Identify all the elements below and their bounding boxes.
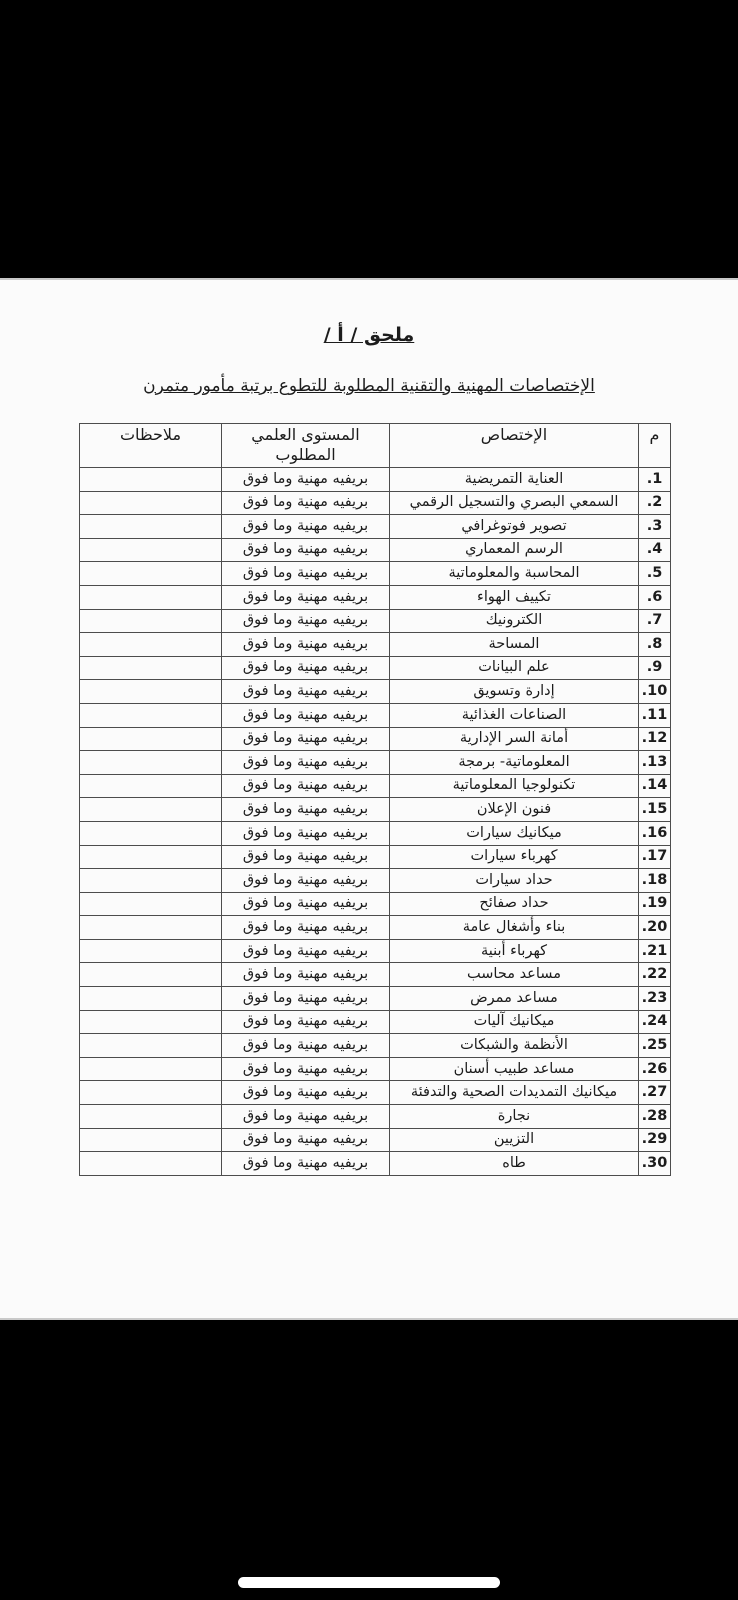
row-level-cell: بريفيه مهنية وما فوق [222, 491, 390, 515]
row-notes-cell [80, 562, 222, 586]
row-notes-cell [80, 798, 222, 822]
row-level-cell: بريفيه مهنية وما فوق [222, 892, 390, 916]
table-row: .7 الكترونيك بريفيه مهنية وما فوق [80, 609, 671, 633]
row-level-cell: بريفيه مهنية وما فوق [222, 869, 390, 893]
row-number-cell: .27 [639, 1081, 671, 1105]
row-number-cell: .13 [639, 751, 671, 775]
row-number-cell: .20 [639, 916, 671, 940]
row-level-cell: بريفيه مهنية وما فوق [222, 1152, 390, 1176]
row-number-cell: .16 [639, 821, 671, 845]
row-number-cell: .5 [639, 562, 671, 586]
row-specialization-cell: طاه [390, 1152, 639, 1176]
row-notes-cell [80, 491, 222, 515]
row-specialization-cell: الصناعات الغذائية [390, 703, 639, 727]
row-specialization-cell: تصوير فوتوغرافي [390, 515, 639, 539]
table-row: .13 المعلوماتية- برمجة بريفيه مهنية وما … [80, 751, 671, 775]
row-number-cell: .9 [639, 656, 671, 680]
row-number-cell: .14 [639, 774, 671, 798]
row-notes-cell [80, 1010, 222, 1034]
table-row: .29 التزيين بريفيه مهنية وما فوق [80, 1128, 671, 1152]
row-number-cell: .19 [639, 892, 671, 916]
row-specialization-cell: المعلوماتية- برمجة [390, 751, 639, 775]
row-notes-cell [80, 1081, 222, 1105]
row-number-cell: .11 [639, 703, 671, 727]
row-specialization-cell: الكترونيك [390, 609, 639, 633]
row-specialization-cell: العناية التمريضية [390, 468, 639, 492]
header-number: م [639, 424, 671, 468]
row-level-cell: بريفيه مهنية وما فوق [222, 821, 390, 845]
row-specialization-cell: كهرباء أبنية [390, 939, 639, 963]
row-specialization-cell: علم البيانات [390, 656, 639, 680]
row-specialization-cell: كهرباء سيارات [390, 845, 639, 869]
table-row: .24 ميكانيك آليات بريفيه مهنية وما فوق [80, 1010, 671, 1034]
row-level-cell: بريفيه مهنية وما فوق [222, 1057, 390, 1081]
row-level-cell: بريفيه مهنية وما فوق [222, 1010, 390, 1034]
row-number-cell: .12 [639, 727, 671, 751]
row-notes-cell [80, 892, 222, 916]
row-number-cell: .4 [639, 538, 671, 562]
row-level-cell: بريفيه مهنية وما فوق [222, 680, 390, 704]
table-row: .6 تكييف الهواء بريفيه مهنية وما فوق [80, 585, 671, 609]
row-notes-cell [80, 468, 222, 492]
row-notes-cell [80, 656, 222, 680]
row-number-cell: .8 [639, 633, 671, 657]
row-number-cell: .3 [639, 515, 671, 539]
row-specialization-cell: الرسم المعماري [390, 538, 639, 562]
row-specialization-cell: السمعي البصري والتسجيل الرقمي [390, 491, 639, 515]
row-level-cell: بريفيه مهنية وما فوق [222, 963, 390, 987]
row-specialization-cell: التزيين [390, 1128, 639, 1152]
table-row: .23 مساعد ممرض بريفيه مهنية وما فوق [80, 987, 671, 1011]
row-level-cell: بريفيه مهنية وما فوق [222, 727, 390, 751]
row-notes-cell [80, 727, 222, 751]
bottom-letterbox-bar [0, 1320, 738, 1600]
row-level-cell: بريفيه مهنية وما فوق [222, 585, 390, 609]
table-row: .19 حداد صفائح بريفيه مهنية وما فوق [80, 892, 671, 916]
row-notes-cell [80, 515, 222, 539]
row-level-cell: بريفيه مهنية وما فوق [222, 515, 390, 539]
table-row: .4 الرسم المعماري بريفيه مهنية وما فوق [80, 538, 671, 562]
table-row: .11 الصناعات الغذائية بريفيه مهنية وما ف… [80, 703, 671, 727]
top-letterbox-bar [0, 0, 738, 280]
row-number-cell: .30 [639, 1152, 671, 1176]
row-level-cell: بريفيه مهنية وما فوق [222, 703, 390, 727]
row-number-cell: .7 [639, 609, 671, 633]
row-number-cell: .15 [639, 798, 671, 822]
table-row: .10 إدارة وتسويق بريفيه مهنية وما فوق [80, 680, 671, 704]
row-notes-cell [80, 585, 222, 609]
row-specialization-cell: تكنولوجيا المعلوماتية [390, 774, 639, 798]
row-specialization-cell: تكييف الهواء [390, 585, 639, 609]
home-indicator[interactable] [238, 1577, 500, 1588]
row-specialization-cell: حداد صفائح [390, 892, 639, 916]
row-specialization-cell: بناء وأشغال عامة [390, 916, 639, 940]
row-level-cell: بريفيه مهنية وما فوق [222, 916, 390, 940]
row-notes-cell [80, 1105, 222, 1129]
row-notes-cell [80, 751, 222, 775]
row-specialization-cell: ميكانيك سيارات [390, 821, 639, 845]
row-notes-cell [80, 1034, 222, 1058]
row-notes-cell [80, 703, 222, 727]
row-notes-cell [80, 821, 222, 845]
row-notes-cell [80, 987, 222, 1011]
row-number-cell: .25 [639, 1034, 671, 1058]
row-level-cell: بريفيه مهنية وما فوق [222, 609, 390, 633]
row-level-cell: بريفيه مهنية وما فوق [222, 633, 390, 657]
table-row: .9 علم البيانات بريفيه مهنية وما فوق [80, 656, 671, 680]
header-required-level-line1: المستوى العلمي [224, 425, 387, 445]
table-row: .14 تكنولوجيا المعلوماتية بريفيه مهنية و… [80, 774, 671, 798]
table-row: .18 حداد سيارات بريفيه مهنية وما فوق [80, 869, 671, 893]
row-specialization-cell: ميكانيك التمديدات الصحية والتدفئة [390, 1081, 639, 1105]
row-specialization-cell: ميكانيك آليات [390, 1010, 639, 1034]
table-row: .5 المحاسبة والمعلوماتية بريفيه مهنية وم… [80, 562, 671, 586]
table-row: .3 تصوير فوتوغرافي بريفيه مهنية وما فوق [80, 515, 671, 539]
row-specialization-cell: المساحة [390, 633, 639, 657]
row-notes-cell [80, 1128, 222, 1152]
row-notes-cell [80, 609, 222, 633]
table-row: .12 أمانة السر الإدارية بريفيه مهنية وما… [80, 727, 671, 751]
table-row: .1 العناية التمريضية بريفيه مهنية وما فو… [80, 468, 671, 492]
row-level-cell: بريفيه مهنية وما فوق [222, 774, 390, 798]
row-notes-cell [80, 1152, 222, 1176]
row-notes-cell [80, 680, 222, 704]
row-level-cell: بريفيه مهنية وما فوق [222, 987, 390, 1011]
row-notes-cell [80, 633, 222, 657]
row-number-cell: .18 [639, 869, 671, 893]
row-notes-cell [80, 916, 222, 940]
table-row: .26 مساعد طبيب أسنان بريفيه مهنية وما فو… [80, 1057, 671, 1081]
row-number-cell: .6 [639, 585, 671, 609]
row-level-cell: بريفيه مهنية وما فوق [222, 468, 390, 492]
table-row: .8 المساحة بريفيه مهنية وما فوق [80, 633, 671, 657]
row-level-cell: بريفيه مهنية وما فوق [222, 1034, 390, 1058]
header-notes: ملاحظات [80, 424, 222, 468]
row-specialization-cell: مساعد ممرض [390, 987, 639, 1011]
phone-screenshot: ملحق / أ / الإختصاصات المهنية والتقنية ا… [0, 0, 738, 1600]
row-number-cell: .10 [639, 680, 671, 704]
row-level-cell: بريفيه مهنية وما فوق [222, 656, 390, 680]
row-specialization-cell: حداد سيارات [390, 869, 639, 893]
table-row: .16 ميكانيك سيارات بريفيه مهنية وما فوق [80, 821, 671, 845]
table-row: .30 طاه بريفيه مهنية وما فوق [80, 1152, 671, 1176]
table-row: .20 بناء وأشغال عامة بريفيه مهنية وما فو… [80, 916, 671, 940]
row-number-cell: .29 [639, 1128, 671, 1152]
row-level-cell: بريفيه مهنية وما فوق [222, 798, 390, 822]
table-row: .15 فنون الإعلان بريفيه مهنية وما فوق [80, 798, 671, 822]
row-notes-cell [80, 774, 222, 798]
specializations-table: م الإختصاص المستوى العلمي المطلوب ملاحظا… [79, 423, 671, 1176]
table-row: .17 كهرباء سيارات بريفيه مهنية وما فوق [80, 845, 671, 869]
row-specialization-cell: أمانة السر الإدارية [390, 727, 639, 751]
row-notes-cell [80, 538, 222, 562]
row-level-cell: بريفيه مهنية وما فوق [222, 845, 390, 869]
table-header-row: م الإختصاص المستوى العلمي المطلوب ملاحظا… [80, 424, 671, 468]
table-row: .28 نجارة بريفيه مهنية وما فوق [80, 1105, 671, 1129]
row-level-cell: بريفيه مهنية وما فوق [222, 939, 390, 963]
row-number-cell: .22 [639, 963, 671, 987]
document-page: ملحق / أ / الإختصاصات المهنية والتقنية ا… [0, 280, 738, 1320]
header-required-level: المستوى العلمي المطلوب [222, 424, 390, 468]
row-number-cell: .24 [639, 1010, 671, 1034]
row-number-cell: .17 [639, 845, 671, 869]
row-level-cell: بريفيه مهنية وما فوق [222, 1081, 390, 1105]
table-row: .22 مساعد محاسب بريفيه مهنية وما فوق [80, 963, 671, 987]
row-notes-cell [80, 869, 222, 893]
row-specialization-cell: مساعد طبيب أسنان [390, 1057, 639, 1081]
row-specialization-cell: فنون الإعلان [390, 798, 639, 822]
row-notes-cell [80, 845, 222, 869]
row-specialization-cell: إدارة وتسويق [390, 680, 639, 704]
row-number-cell: .23 [639, 987, 671, 1011]
table-row: .2 السمعي البصري والتسجيل الرقمي بريفيه … [80, 491, 671, 515]
header-required-level-line2: المطلوب [224, 445, 387, 465]
row-number-cell: .26 [639, 1057, 671, 1081]
row-notes-cell [80, 939, 222, 963]
row-specialization-cell: المحاسبة والمعلوماتية [390, 562, 639, 586]
table-row: .27 ميكانيك التمديدات الصحية والتدفئة بر… [80, 1081, 671, 1105]
row-notes-cell [80, 963, 222, 987]
row-number-cell: .28 [639, 1105, 671, 1129]
page-title: ملحق / أ / [0, 324, 738, 346]
table-row: .25 الأنظمة والشبكات بريفيه مهنية وما فو… [80, 1034, 671, 1058]
row-specialization-cell: الأنظمة والشبكات [390, 1034, 639, 1058]
header-specialization: الإختصاص [390, 424, 639, 468]
row-specialization-cell: مساعد محاسب [390, 963, 639, 987]
row-level-cell: بريفيه مهنية وما فوق [222, 538, 390, 562]
table-row: .21 كهرباء أبنية بريفيه مهنية وما فوق [80, 939, 671, 963]
row-number-cell: .21 [639, 939, 671, 963]
row-level-cell: بريفيه مهنية وما فوق [222, 1128, 390, 1152]
row-notes-cell [80, 1057, 222, 1081]
page-subtitle: الإختصاصات المهنية والتقنية المطلوبة للت… [0, 376, 738, 396]
row-number-cell: .1 [639, 468, 671, 492]
row-number-cell: .2 [639, 491, 671, 515]
row-specialization-cell: نجارة [390, 1105, 639, 1129]
row-level-cell: بريفيه مهنية وما فوق [222, 562, 390, 586]
row-level-cell: بريفيه مهنية وما فوق [222, 751, 390, 775]
row-level-cell: بريفيه مهنية وما فوق [222, 1105, 390, 1129]
